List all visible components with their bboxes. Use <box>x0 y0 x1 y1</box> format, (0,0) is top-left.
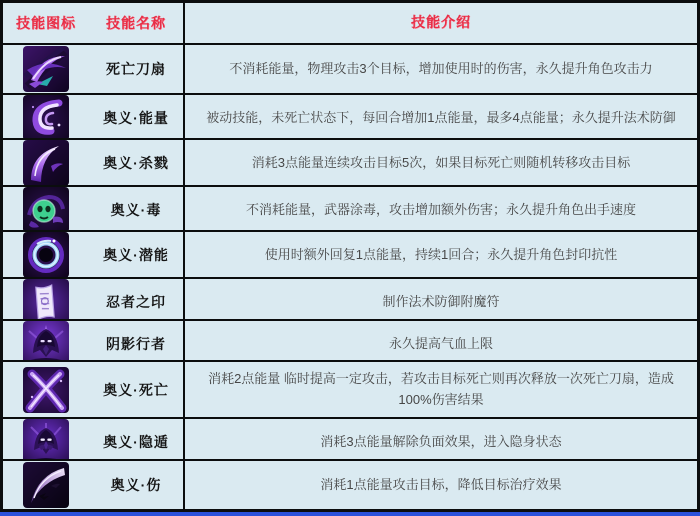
header-skill-desc: 技能介绍 <box>183 3 697 43</box>
table-row: 奥义·隐遁 消耗3点能量解除负面效果，进入隐身状态 <box>3 417 697 459</box>
skill-desc: 消耗2点能量 临时提高一定攻击，若攻击目标死亡则再次释放一次死亡刀扇，造成100… <box>183 362 697 417</box>
skill-name: 奥义·潜能 <box>89 232 183 278</box>
table-row: 奥义·死亡 消耗2点能量 临时提高一定攻击，若攻击目标死亡则再次释放一次死亡刀扇… <box>3 360 697 417</box>
skill-name: 奥义·能量 <box>89 95 183 141</box>
table-row: 死亡刀扇 不消耗能量，物理攻击3个目标，增加使用时的伤害，永久提升角色攻击力 <box>3 43 697 93</box>
skill-name: 死亡刀扇 <box>89 45 183 93</box>
skill-desc: 使用时额外回复1点能量，持续1回合；永久提升角色封印抗性 <box>183 232 697 278</box>
skill-name: 奥义·杀戮 <box>89 140 183 186</box>
skill-table-frame: 技能图标 技能名称 技能介绍 死亡刀扇 <box>0 0 700 512</box>
slaughter-swoosh-icon <box>23 140 69 186</box>
table-row: 奥义·毒 不消耗能量，武器涂毒，攻击增加额外伤害；永久提升角色出手速度 <box>3 185 697 230</box>
potential-vortex-icon <box>23 232 69 278</box>
skill-desc: 不消耗能量，物理攻击3个目标，增加使用时的伤害，永久提升角色攻击力 <box>183 45 697 93</box>
skill-name: 奥义·伤 <box>89 461 183 509</box>
skill-desc: 消耗3点能量连续攻击目标5次，如果目标死亡则随机转移攻击目标 <box>183 140 697 186</box>
skill-desc: 不消耗能量，武器涂毒，攻击增加额外伤害；永久提升角色出手速度 <box>183 187 697 233</box>
death-cross-blades-icon <box>23 367 69 413</box>
table-row: 奥义·能量 被动技能，未死亡状态下，每回合增加1点能量，最多4点能量；永久提升法… <box>3 93 697 138</box>
table-row: 奥义·伤 消耗1点能量攻击目标，降低目标治疗效果 <box>3 459 697 509</box>
skill-name: 奥义·死亡 <box>89 362 183 417</box>
table-row: 忍者之印 制作法术防御附魔符 <box>3 277 697 319</box>
poison-skull-icon <box>23 187 69 233</box>
skill-desc: 消耗1点能量攻击目标，降低目标治疗效果 <box>183 461 697 509</box>
table-row: 阴影行者 永久提高气血上限 <box>3 319 697 360</box>
table-row: 奥义·潜能 使用时额外回复1点能量，持续1回合；永久提升角色封印抗性 <box>3 230 697 277</box>
table-row: 奥义·杀戮 消耗3点能量连续攻击目标5次，如果目标死亡则随机转移攻击目标 <box>3 138 697 185</box>
wound-slash-icon <box>23 462 69 508</box>
header-skill-name: 技能名称 <box>89 3 183 43</box>
energy-swirl-icon <box>23 95 69 141</box>
skill-desc: 被动技能，未死亡状态下，每回合增加1点能量，最多4点能量；永久提升法术防御 <box>183 95 697 141</box>
skill-name: 奥义·毒 <box>89 187 183 233</box>
skill-table: 技能图标 技能名称 技能介绍 死亡刀扇 <box>3 3 697 509</box>
death-blade-fan-icon <box>23 46 69 92</box>
table-header-row: 技能图标 技能名称 技能介绍 <box>3 3 697 43</box>
header-skill-icon: 技能图标 <box>3 3 89 43</box>
